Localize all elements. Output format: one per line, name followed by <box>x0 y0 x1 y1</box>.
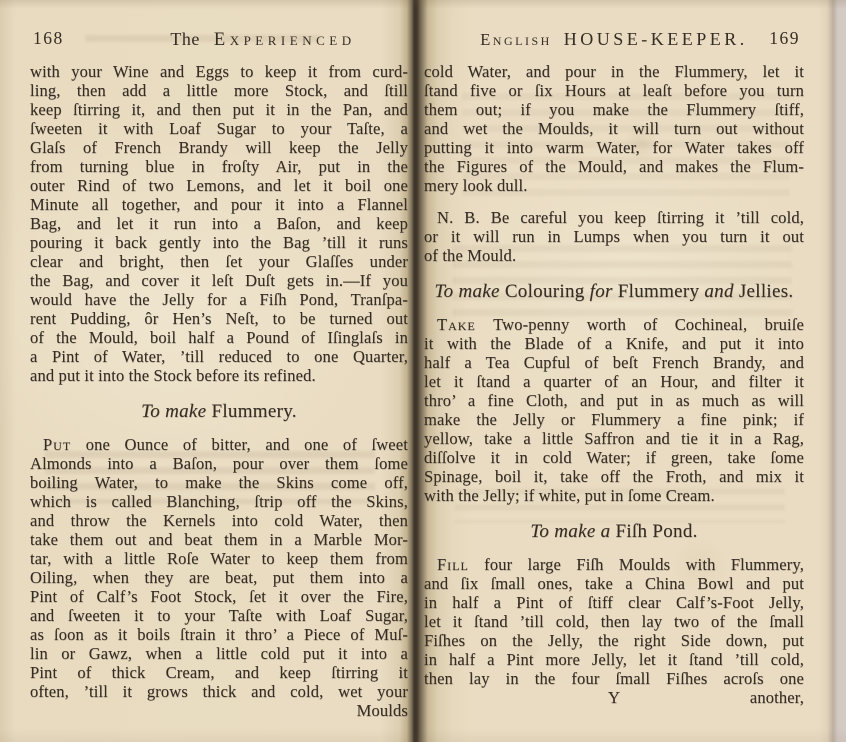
italic-segment: for <box>590 281 613 302</box>
text-line: Bag, and let it run into a Baſon, and ke… <box>30 214 408 233</box>
right-page-number: 169 <box>769 28 800 49</box>
paragraph: Take Two-penny worth of Cochineal, bruiſ… <box>424 315 804 505</box>
right-page: EnglishHOUSE-KEEPER. 169 cold Water, and… <box>424 26 804 707</box>
running-title-housekeeper: HOUSE-KEEPER. <box>564 29 748 49</box>
text-line: thro’ a fine Cloth, and put in as much a… <box>424 391 804 410</box>
catchword: Moulds <box>357 701 408 720</box>
text-line: in half a Pint of ſtiff clear Calf’s-Foo… <box>424 593 804 612</box>
text-line: of the Mould. <box>424 246 804 265</box>
left-page-header: 168 TheExperienced <box>30 26 408 52</box>
text-line: Put one Ounce of bitter, and one of ſwee… <box>30 435 408 454</box>
text-line: half a Tea Cupful of beſt French Brandy,… <box>424 353 804 372</box>
text-line: tar, with a little Roſe Water to keep th… <box>30 549 408 568</box>
text-segment: Flummery. <box>206 401 296 422</box>
paragraph: N. B. Be careful you keep ſtirring it ’t… <box>424 208 804 265</box>
text-line: which is called Blanching, ſtrip off the… <box>30 492 408 511</box>
text-line: and ſix ſmall ones, take a China Bowl an… <box>424 574 804 593</box>
text-segment: Two-penny worth of Cochineal, bruiſe <box>476 315 804 334</box>
running-title-experienced: Experienced <box>214 30 356 50</box>
recipe-heading: To make Flummery. <box>30 400 408 423</box>
paragraph: Fill four large Fiſh Moulds with Flummer… <box>424 555 804 688</box>
catchword: another, <box>750 688 804 707</box>
text-line: the Bag, and cover it leſt Duſt gets in.… <box>30 271 408 290</box>
text-line: Minute all together, and pour it into a … <box>30 195 408 214</box>
text-segment: one Ounce of bitter, and one of ſweet <box>71 435 408 454</box>
paragraph: Put one Ounce of bitter, and one of ſwee… <box>30 435 408 701</box>
signature-mark: Y <box>608 688 620 707</box>
text-line: then lay in the four ſmall Fiſhes acroſs… <box>424 669 804 688</box>
text-line: outer Rind of two Lemons, and let it boi… <box>30 176 408 195</box>
smallcaps-segment: Put <box>43 435 71 454</box>
text-line: the Figures of the Mould, and makes the … <box>424 157 804 176</box>
italic-segment: and <box>704 281 733 302</box>
text-line: of the Mould, boil half a Pound of Iſing… <box>30 328 408 347</box>
signature-line: Yanother, <box>424 688 804 707</box>
right-running-title: EnglishHOUSE-KEEPER. <box>424 26 804 52</box>
text-line: as ſoon as it boils ſtrain it thro’ a Pi… <box>30 625 408 644</box>
text-line: rent Pudding, ôr Hen’s Neſt, to be turne… <box>30 309 408 328</box>
catchword-line: Moulds <box>30 701 408 720</box>
text-line: would have the Jelly for a Fiſh Pond, Tr… <box>30 290 408 309</box>
text-line: Almonds into a Baſon, pour over them ſom… <box>30 454 408 473</box>
text-line: take them out and beat them in a Marble … <box>30 530 408 549</box>
left-page-number: 168 <box>33 28 64 49</box>
text-line: Oiling, when they are beat, put them int… <box>30 568 408 587</box>
text-line: let it ſtand ’till cold, then lay two of… <box>424 612 804 631</box>
text-line: Glaſs of French Brandy will keep the Jel… <box>30 138 408 157</box>
text-line: Pint of thick Cream, and keep ſtirring i… <box>30 663 408 682</box>
text-line: and throw the Kernels into cold Water, t… <box>30 511 408 530</box>
running-title-article: The <box>170 29 199 49</box>
text-line: and put it into the Stock before its ref… <box>30 366 408 385</box>
text-line: make the Jelly or Flummery a fine pink; … <box>424 410 804 429</box>
smallcaps-segment: Take <box>437 315 476 334</box>
text-line: Pint of Calf’s Foot Stock, ſet it over t… <box>30 587 408 606</box>
text-line: often, ’till it grows thick and cold, we… <box>30 682 408 701</box>
right-page-header: EnglishHOUSE-KEEPER. 169 <box>424 26 804 52</box>
text-line: ling, then add a little more Stock, and … <box>30 81 408 100</box>
text-segment: Flummery <box>613 281 705 302</box>
text-line: putting it into warm Water, for Water ta… <box>424 138 804 157</box>
text-line: Spinage, boil it, take off the Froth, an… <box>424 467 804 486</box>
text-line: boiling Water, to make the Skins come of… <box>30 473 408 492</box>
text-segment: four large Fiſh Moulds with Flummery, <box>469 555 804 574</box>
text-line: ſweeten it with Loaf Sugar to your Taſte… <box>30 119 408 138</box>
text-line: a Pint of Water, ’till reduced to one Qu… <box>30 347 408 366</box>
text-line: lin or Gawz, when a little cold put it i… <box>30 644 408 663</box>
right-page-body: cold Water, and pour in the Flummery, le… <box>424 62 804 707</box>
italic-segment: To make <box>141 401 206 422</box>
text-line: and ſweeten it to your Taſte with Loaf S… <box>30 606 408 625</box>
text-line: clear and bright, then ſet your Glaſſes … <box>30 252 408 271</box>
text-line: or it will run in Lumps when you turn it… <box>424 227 804 246</box>
italic-segment: To make a <box>530 521 610 542</box>
text-line: yellow, take a little Saffron and tie it… <box>424 429 804 448</box>
text-line: pouring it back gently into the Bag ’til… <box>30 233 408 252</box>
text-line: ſtand five or ſix Hours at leaſt before … <box>424 81 804 100</box>
text-line: from turning blue in froſty Air, put in … <box>30 157 408 176</box>
text-line: cold Water, and pour in the Flummery, le… <box>424 62 804 81</box>
smallcaps-segment: Fill <box>437 555 469 574</box>
text-line: keep ſtirring it, and then put it in the… <box>30 100 408 119</box>
book-scan: 168 TheExperienced with your Wine and Eg… <box>0 0 846 742</box>
text-line: N. B. Be careful you keep ſtirring it ’t… <box>424 208 804 227</box>
text-line: Fiſhes on the Jelly, the right Side down… <box>424 631 804 650</box>
text-segment: Colouring <box>500 281 590 302</box>
text-line: with your Wine and Eggs to keep it from … <box>30 62 408 81</box>
italic-segment: To make <box>435 281 500 302</box>
text-segment: Fiſh Pond. <box>610 521 697 542</box>
text-segment: Jellies. <box>734 281 794 302</box>
text-line: and wet the Moulds, it will turn out wit… <box>424 119 804 138</box>
running-title-english: English <box>480 30 552 49</box>
paragraph: with your Wine and Eggs to keep it from … <box>30 62 408 385</box>
text-line: it with the Blade of a Knife, and put it… <box>424 334 804 353</box>
left-page-body: with your Wine and Eggs to keep it from … <box>30 62 408 720</box>
left-page: 168 TheExperienced with your Wine and Eg… <box>30 26 408 720</box>
text-line: them out; if you make the Flummery ſtiff… <box>424 100 804 119</box>
paragraph: cold Water, and pour in the Flummery, le… <box>424 62 804 195</box>
text-line: Take Two-penny worth of Cochineal, bruiſ… <box>424 315 804 334</box>
left-running-title: TheExperienced <box>74 26 452 52</box>
text-line: in half a Pint more Jelly, let it ſtand … <box>424 650 804 669</box>
text-line: Fill four large Fiſh Moulds with Flummer… <box>424 555 804 574</box>
text-line: let it ſtand a quarter of an Hour, and f… <box>424 372 804 391</box>
text-line: diſſolve it in cold Water; if green, tak… <box>424 448 804 467</box>
recipe-heading: To make Colouring for Flummery and Jelli… <box>424 280 804 303</box>
recipe-heading: To make a Fiſh Pond. <box>424 520 804 543</box>
text-line: mery look dull. <box>424 176 804 195</box>
text-line: with the Jelly; if white, put in ſome Cr… <box>424 486 804 505</box>
